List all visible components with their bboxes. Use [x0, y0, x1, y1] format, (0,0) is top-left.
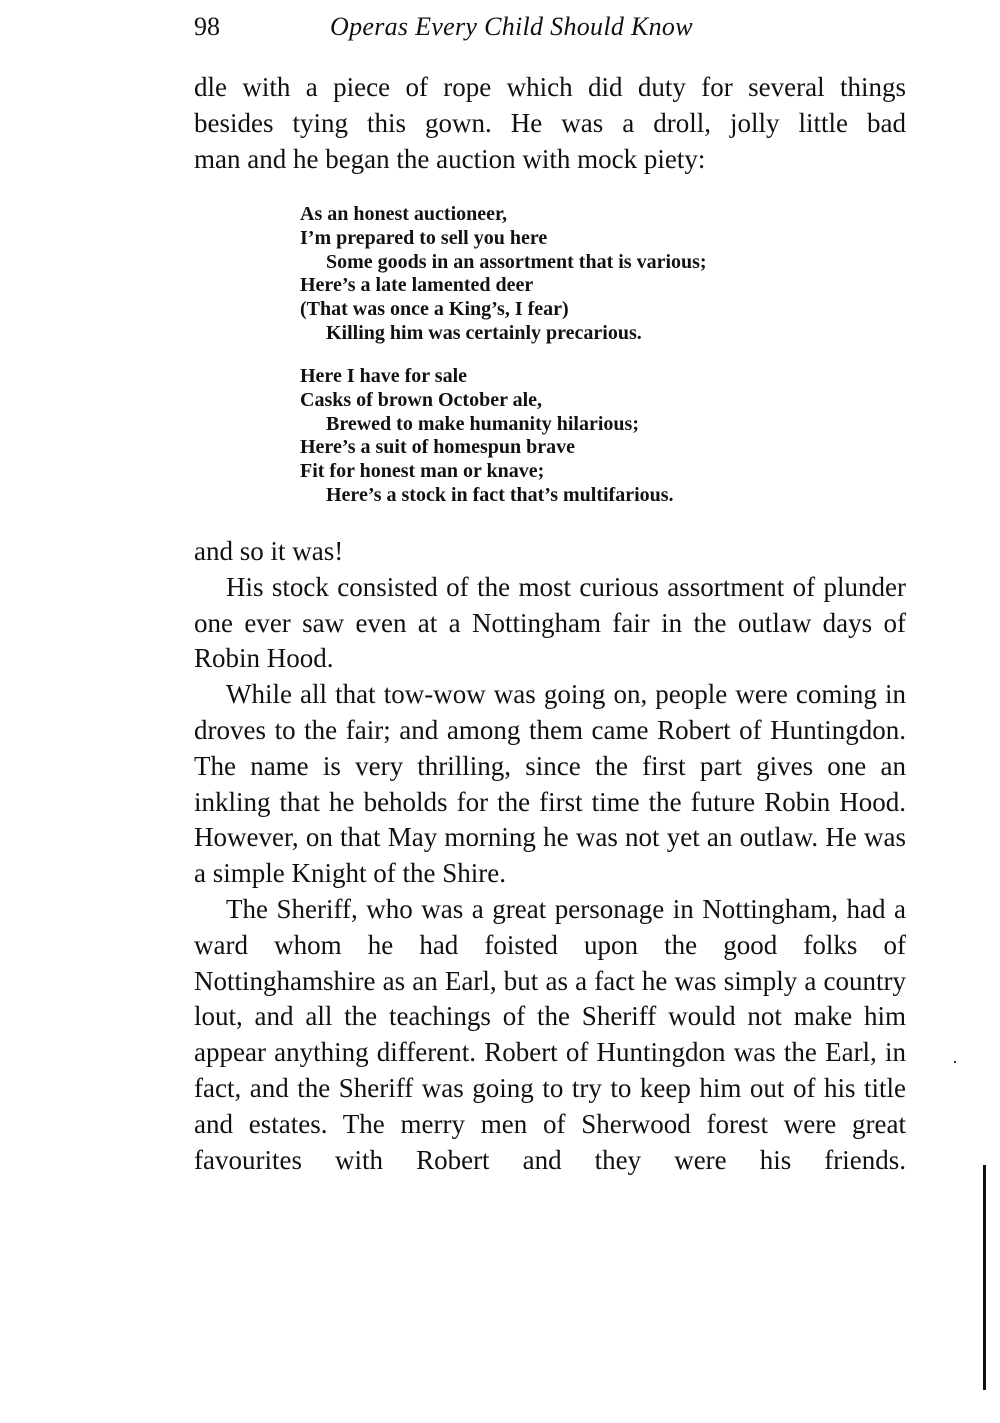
paragraph-4: The Sheriff, who was a great personage i… [194, 892, 906, 1178]
verse-line: Some goods in an assortment that is vari… [300, 251, 820, 275]
book-page: 98 Operas Every Child Should Know dle wi… [0, 0, 1000, 1423]
opening-paragraph: dle with a piece of rope which did duty … [194, 70, 906, 177]
paragraph-2: His stock consisted of the most curious … [194, 570, 906, 677]
text-line: dle with a piece of rope which did duty … [194, 70, 906, 106]
running-title: Operas Every Child Should Know [330, 12, 693, 42]
text-line: besides tying this gown. He was a droll,… [194, 106, 906, 142]
verse-line: Here’s a suit of homespun brave [300, 436, 820, 460]
page-header: 98 Operas Every Child Should Know [194, 12, 914, 48]
verse-line: As an honest auctioneer, [300, 203, 820, 227]
verse-line: Casks of brown October ale, [300, 389, 820, 413]
verse-stanza-1: As an honest auctioneer, I’m prepared to… [300, 203, 820, 346]
verse-stanza-2: Here I have for sale Casks of brown Octo… [300, 365, 820, 508]
verse-line: I’m prepared to sell you here [300, 227, 820, 251]
scan-edge-mark [983, 1165, 986, 1390]
scan-speck [954, 1061, 956, 1063]
verse-line: Here’s a late lamented deer [300, 274, 820, 298]
verse-line: Here I have for sale [300, 365, 820, 389]
text-line: man and he began the auction with mock p… [194, 142, 906, 178]
page-number: 98 [194, 12, 220, 42]
main-text: and so it was! His stock consisted of th… [194, 534, 906, 1178]
paragraph-1: and so it was! [194, 534, 906, 570]
verse-line: Brewed to make humanity hilarious; [300, 413, 820, 437]
verse-line: (That was once a King’s, I fear) [300, 298, 820, 322]
verse-line: Fit for honest man or knave; [300, 460, 820, 484]
paragraph-3: While all that tow-wow was going on, peo… [194, 677, 906, 892]
verse-line: Killing him was certainly precarious. [300, 322, 820, 346]
verse-line: Here’s a stock in fact that’s multifario… [300, 484, 820, 508]
